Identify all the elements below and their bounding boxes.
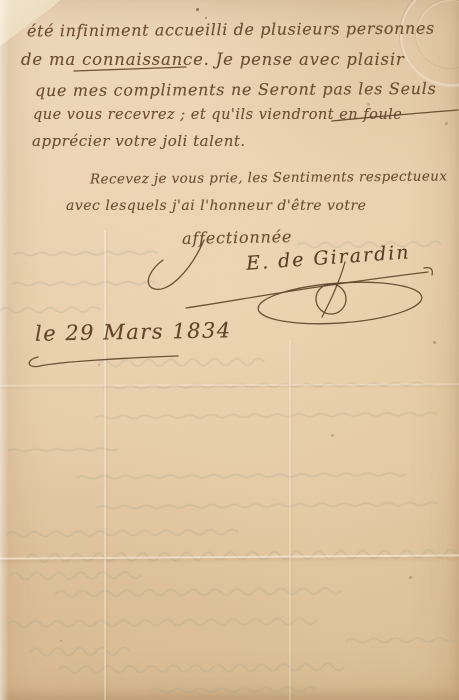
foxing-spot: [445, 122, 448, 125]
signature-flourish: [0, 0, 459, 700]
foxing-spot: [205, 17, 207, 19]
foxing-spot: [98, 364, 100, 366]
date-underline-flourish: [29, 356, 178, 367]
pen-tail-stroke: [332, 110, 458, 121]
foxing-spot: [367, 103, 370, 106]
foxing-spot: [60, 640, 62, 642]
valediction-swash: [148, 240, 204, 289]
foxing-spot: [409, 576, 412, 579]
letter-page: été infiniment accueilli de plusieurs pe…: [0, 0, 459, 700]
foxing-spot: [433, 341, 436, 344]
foxing-spot: [309, 93, 311, 95]
pen-tail-stroke: [74, 67, 186, 71]
foxing-spot: [331, 434, 334, 437]
foxing-spot: [196, 8, 199, 11]
